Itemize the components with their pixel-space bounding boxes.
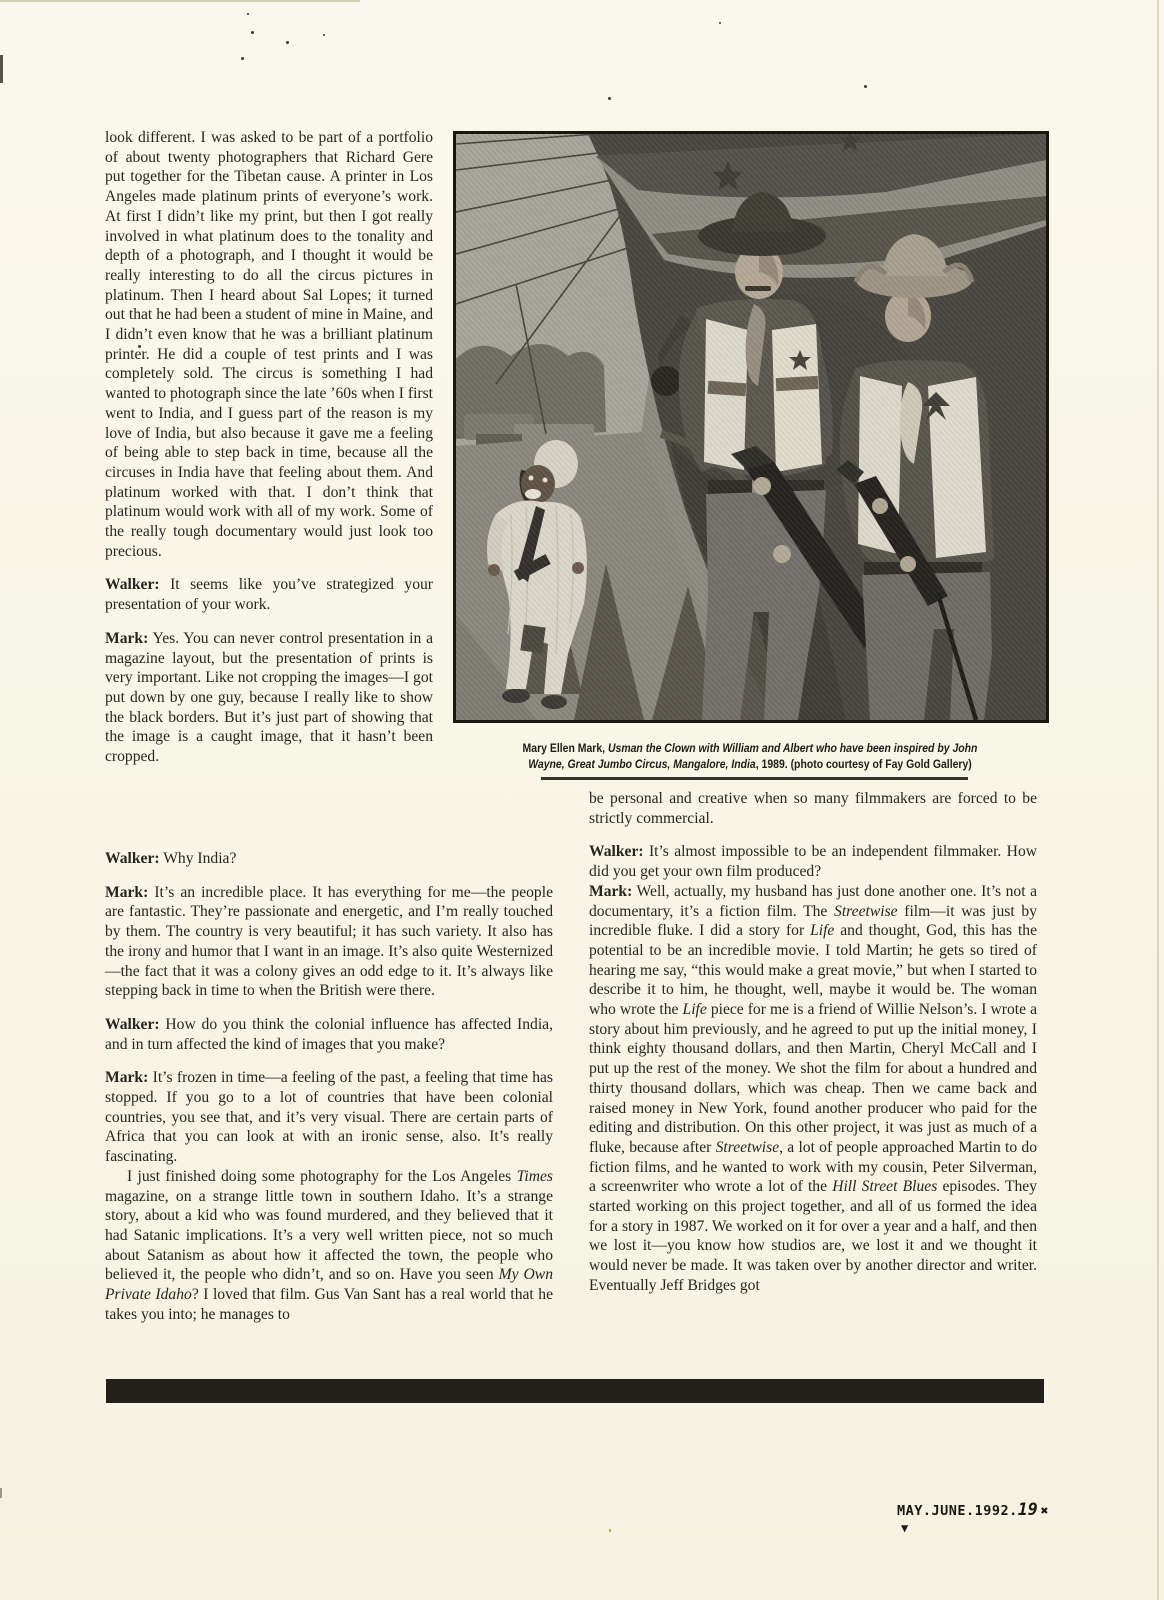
scan-speck — [247, 13, 249, 15]
scan-edge-artifact — [0, 55, 3, 83]
scan-speck — [138, 345, 141, 348]
down-triangle-icon: ▼ — [901, 1522, 1049, 1534]
scan-speck — [609, 1529, 611, 1532]
scan-speck — [241, 57, 244, 60]
scan-speck — [719, 22, 721, 24]
column-bottom-right: be personal and creative when so many fi… — [589, 789, 1037, 1296]
magazine-page: look different. I was asked to be part o… — [0, 0, 1164, 1600]
scan-speck — [864, 85, 867, 88]
paragraph: I just finished doing some photography f… — [105, 1167, 553, 1325]
paragraph: Mark: Well, actually, my husband has jus… — [589, 882, 1037, 1296]
column-top-left: look different. I was asked to be part o… — [105, 128, 433, 767]
scan-speck — [251, 31, 254, 34]
circus-photo-illustration — [456, 134, 1046, 720]
paragraph: look different. I was asked to be part o… — [105, 128, 433, 561]
caption-rule — [541, 777, 968, 780]
page-footer: MAY.JUNE.1992.19✖ ▼ — [897, 1500, 1049, 1534]
paragraph: Mark: It’s an incredible place. It has e… — [105, 883, 553, 1001]
paragraph: Walker: How do you think the colonial in… — [105, 1015, 553, 1054]
paragraph: Walker: It seems like you’ve strategized… — [105, 575, 433, 614]
page-edge-line — [0, 0, 360, 2]
page-edge-line — [1157, 0, 1159, 1600]
paragraph: Mark: Yes. You can never control present… — [105, 629, 433, 767]
scan-speck — [286, 41, 289, 44]
column-bottom-left: Walker: Why India?Mark: It’s an incredib… — [105, 849, 553, 1324]
divider-bar — [106, 1379, 1044, 1403]
page-number: 19 — [1018, 1500, 1038, 1519]
paragraph: Walker: Why India? — [105, 849, 553, 869]
circus-photo — [453, 131, 1049, 723]
footer-x-mark: ✖ — [1041, 1504, 1049, 1519]
scan-speck — [323, 34, 325, 36]
paragraph: Walker: It’s almost impossible to be an … — [589, 842, 1037, 881]
issue-date: MAY.JUNE.1992. — [897, 1503, 1018, 1519]
paragraph: be personal and creative when so many fi… — [589, 789, 1037, 828]
paragraph: Mark: It’s frozen in time—a feeling of t… — [105, 1068, 553, 1167]
scan-edge-artifact — [0, 1488, 2, 1498]
photo-caption: Mary Ellen Mark, Usman the Clown with Wi… — [512, 741, 988, 772]
scan-speck — [608, 97, 611, 100]
